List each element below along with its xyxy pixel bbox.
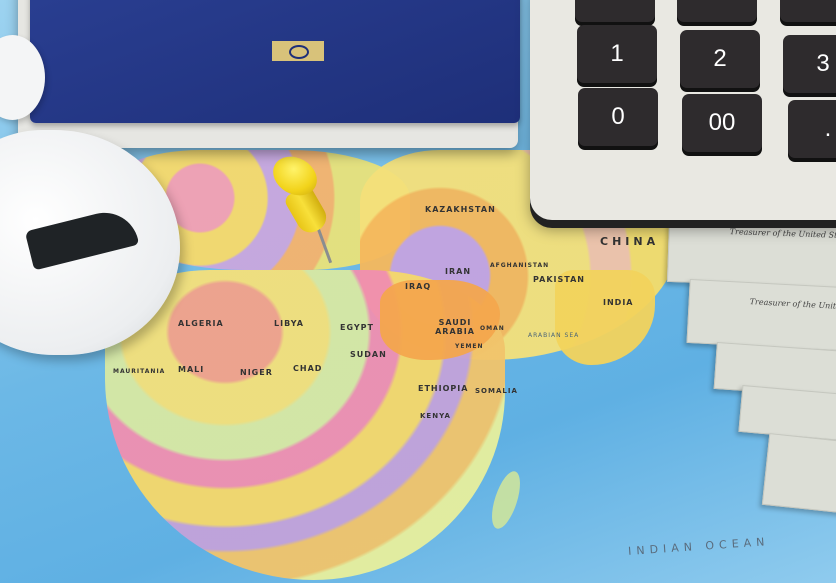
calc-key (780, 0, 836, 22)
map-label: IRAN (445, 267, 471, 276)
map-label: YEMEN (455, 343, 484, 350)
map-label: SAUDI ARABIA (425, 318, 485, 336)
map-label: KAZAKHSTAN (425, 205, 496, 214)
passport-cover: PASSPORT (30, 0, 520, 123)
calc-key-1: 1 (577, 25, 657, 83)
map-label: ETHIOPIA (418, 384, 468, 393)
map-label: MALI (178, 365, 204, 374)
map-label: SUDAN (350, 350, 387, 359)
map-label: OMAN (480, 325, 505, 332)
biometric-chip-icon (272, 41, 324, 61)
calc-key (575, 0, 655, 22)
map-label: NIGER (240, 368, 273, 377)
bill-treasurer-text: Treasurer of the United States (730, 227, 836, 240)
map-label: PAKISTAN (533, 275, 585, 284)
map-label: AFGHANISTAN (490, 262, 549, 269)
calc-key-00: 00 (682, 94, 762, 152)
map-label: IRAQ (405, 282, 431, 291)
calc-key-3: 3 (783, 35, 836, 93)
calc-key-dot: . (788, 100, 836, 158)
photo-scene: KAZAKHSTAN CHINA IRAN IRAQ SAUDI ARABIA … (0, 0, 836, 583)
map-label: MAURITANIA (113, 368, 165, 375)
calc-key-2: 2 (680, 30, 760, 88)
map-label: ALGERIA (178, 319, 224, 328)
map-label: KENYA (420, 412, 451, 420)
map-label: CHAD (293, 364, 322, 373)
calculator: 1 2 3 0 00 . (530, 0, 836, 220)
passport-title: PASSPORT (188, 0, 331, 4)
dollar-bill: Treasurer of the United States 100 (686, 279, 836, 355)
map-label: ARABIAN SEA (528, 332, 579, 339)
map-label: CHINA (600, 235, 659, 248)
bill-treasurer-text: Treasurer of the United States (749, 297, 836, 312)
calc-key-0: 0 (578, 88, 658, 146)
map-label: LIBYA (274, 319, 304, 328)
map-label: EGYPT (340, 323, 374, 332)
calc-key (677, 0, 757, 22)
map-label: SOMALIA (475, 387, 518, 395)
map-label: INDIA (603, 298, 633, 307)
